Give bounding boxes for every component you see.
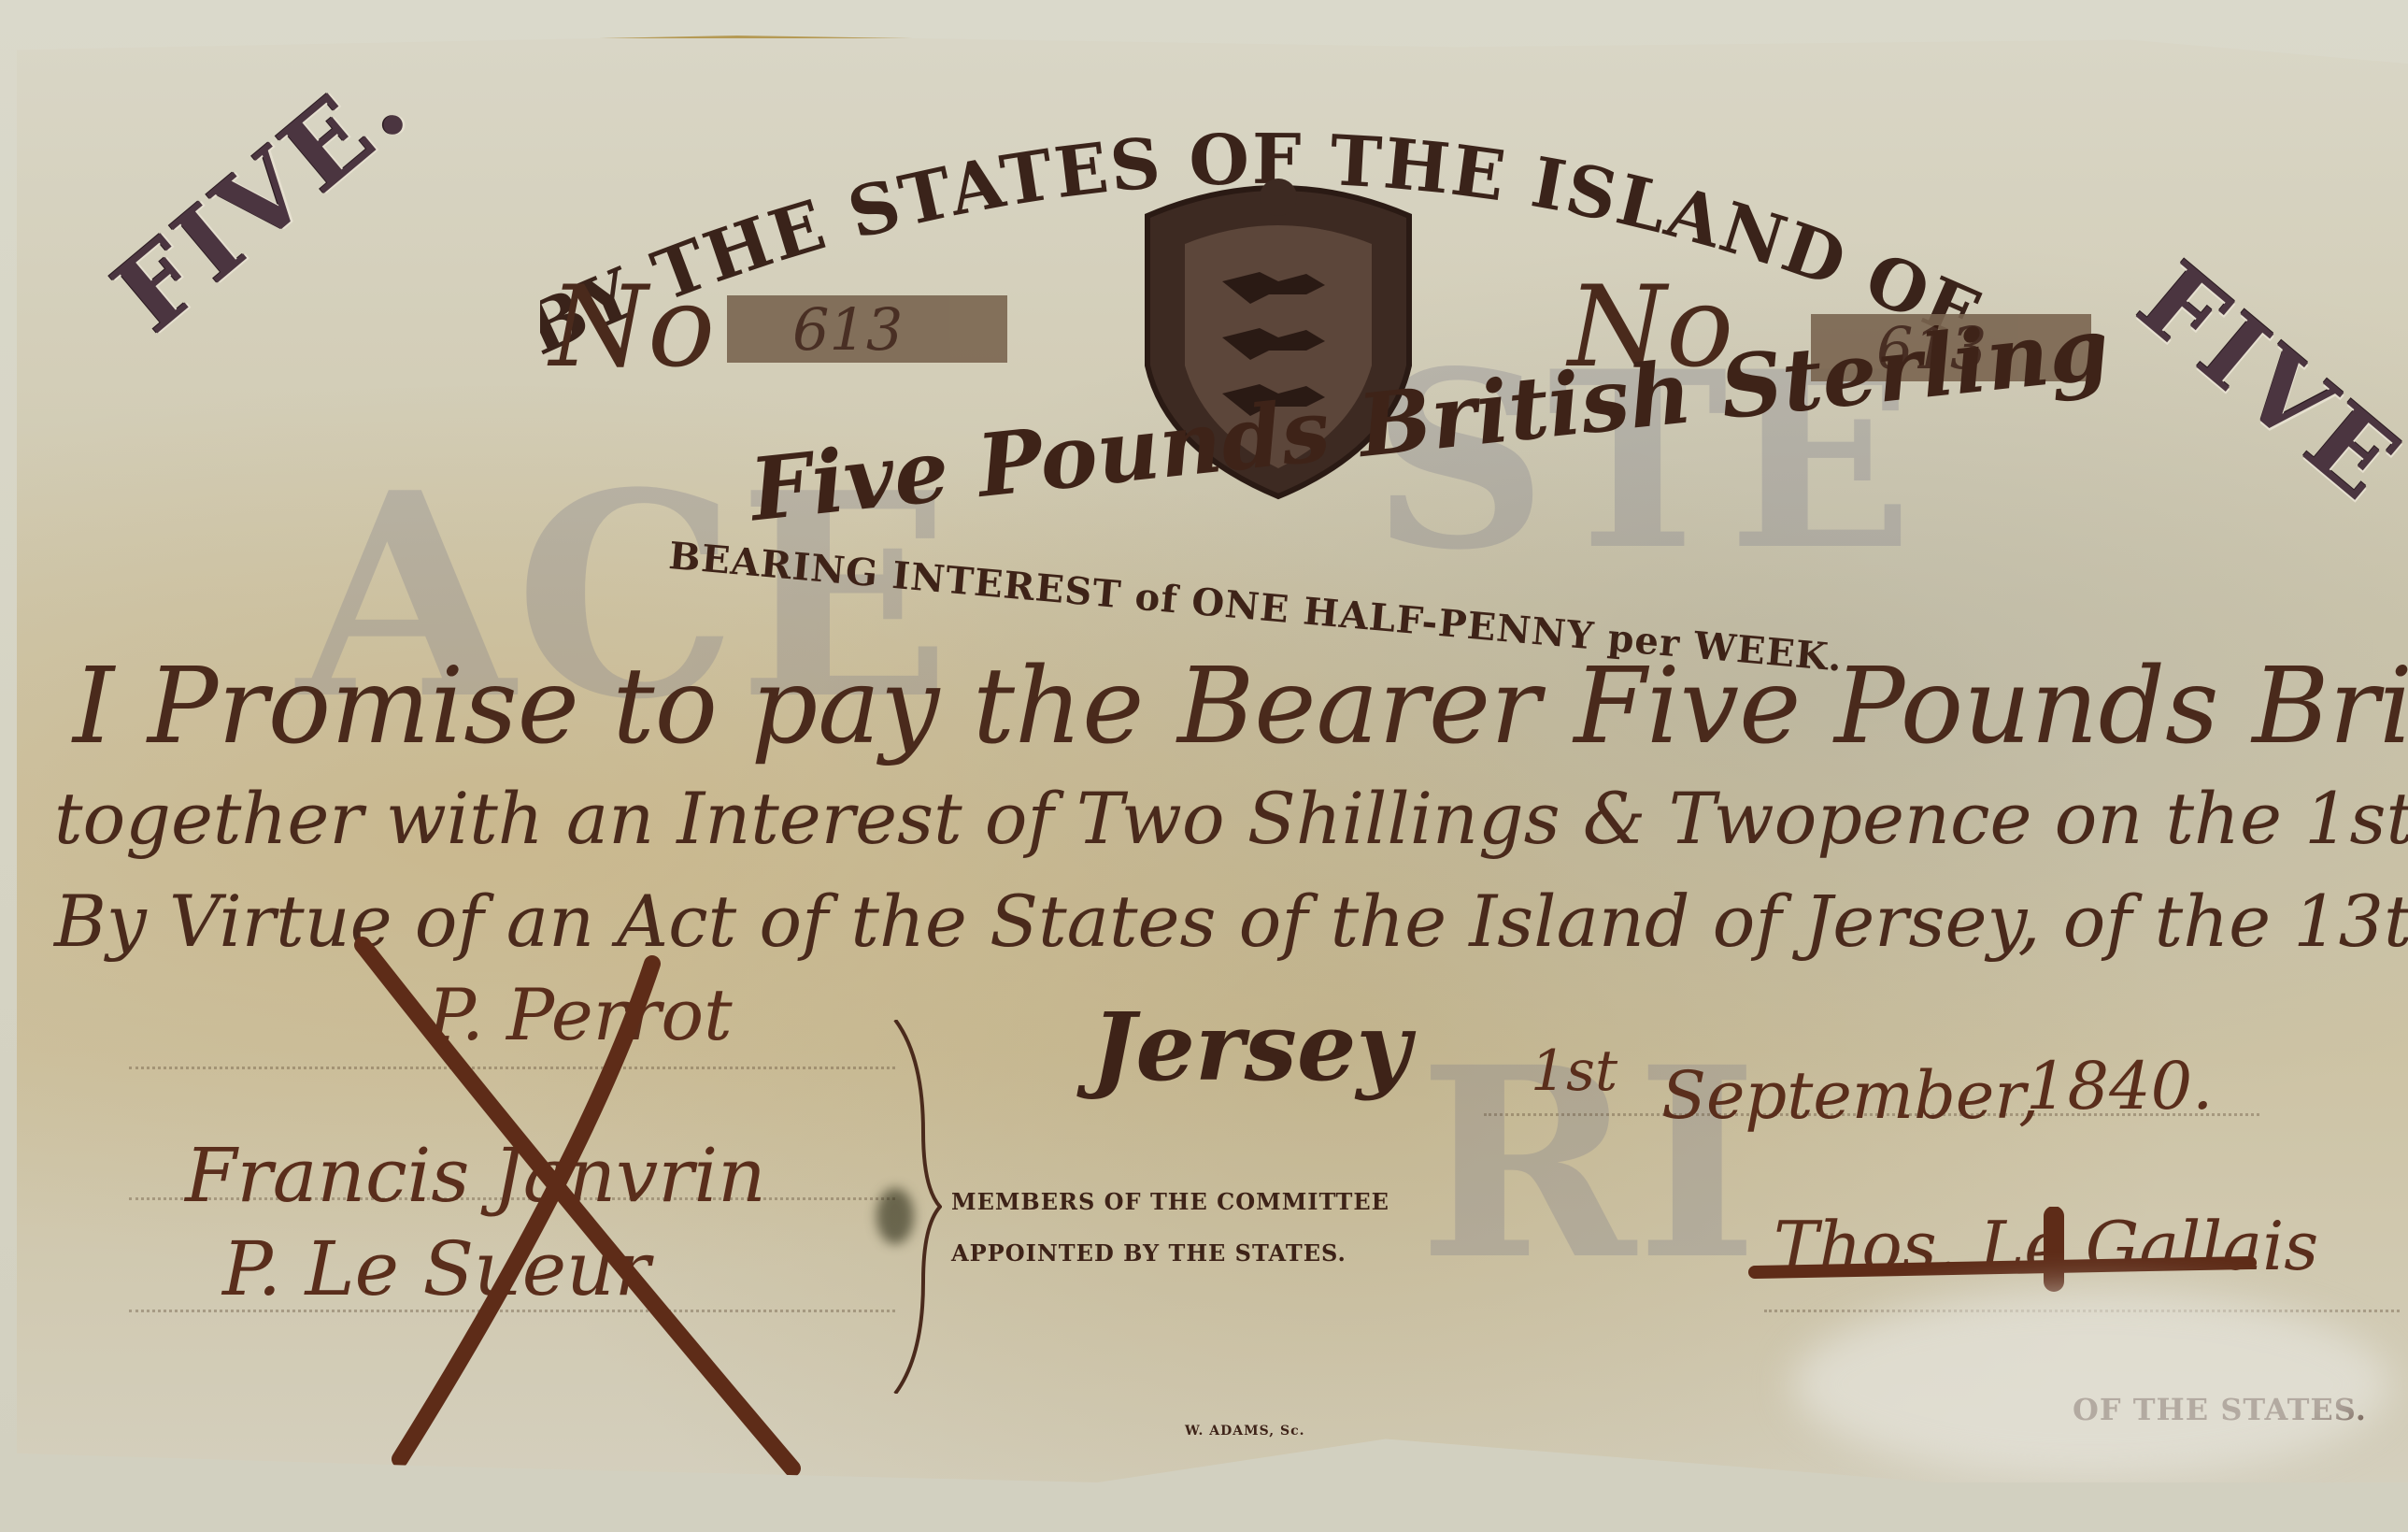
serial-prefix-left: No [549, 263, 715, 393]
banknote: ACE STE RI BY THE STATES OF THE ISLAND O… [17, 36, 2408, 1482]
date-year: 1840. [2026, 1048, 2213, 1124]
place-jersey: Jersey [1091, 992, 1411, 1102]
printer-credit: W. ADAMS, Sc. [1185, 1424, 1305, 1439]
cancellation-cross-icon [344, 926, 830, 1506]
ink-stain [876, 1188, 914, 1244]
promise-line-2: together with an Interest of Two Shillin… [54, 777, 2408, 860]
worn-patch [1792, 1291, 2390, 1478]
committee-caption-line-1: MEMBERS OF THE COMMITTEE [951, 1188, 1389, 1215]
denomination-corner-left: FIVE. [92, 42, 432, 355]
committee-caption-line-2: APPOINTED BY THE STATES. [951, 1239, 1346, 1267]
promise-line-1: I Promise to pay the Bearer Five Pounds … [73, 646, 2408, 767]
date-day: 1st [1531, 1038, 1617, 1104]
serial-box-left: 613 [727, 295, 1007, 363]
date-month: September, [1661, 1057, 2039, 1134]
serial-number-left: 613 [792, 295, 903, 364]
denomination-corner-right: FIVE [2116, 239, 2408, 525]
